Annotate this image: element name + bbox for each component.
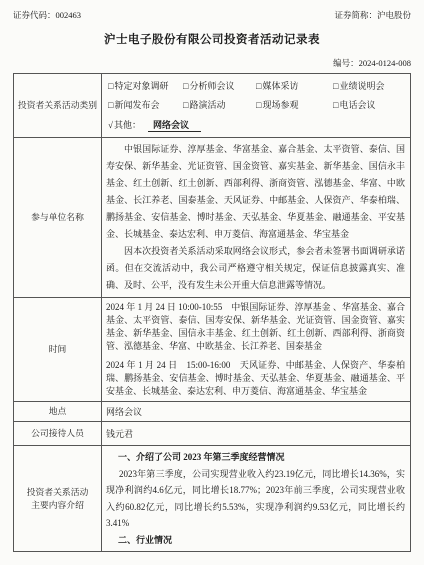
section-1-title: 一、介绍了公司 2023 年第三季度经营情况 <box>106 449 405 466</box>
row-label-line-2: 主要内容介绍 <box>15 499 100 512</box>
header-meta-row: 证券代码：002463 证券简称：沪电股份 <box>13 10 411 21</box>
checkbox-label: 媒体采访 <box>262 81 298 91</box>
checkbox-label: 分析师会议 <box>189 81 234 91</box>
stock-abbreviation: 证券简称：沪电股份 <box>334 10 411 21</box>
row-label-reception: 公司接待人员 <box>14 422 102 446</box>
table-row-location: 地点 网络会议 <box>14 402 411 422</box>
checkbox-option: □现场参观 <box>256 96 333 115</box>
table-row-activity-type: 投资者关系活动类别 □特定对象调研 □分析师会议 □媒体采访 □业绩说明会 □新… <box>14 74 411 138</box>
checkbox-option: □新闻发布会 <box>108 96 183 115</box>
time-session-1: 2024 年 1 月 24 日 10:00-10:55 中银国际证券、淳厚基金 … <box>106 301 405 353</box>
checkbox-option: □业绩说明会 <box>333 77 384 96</box>
document-page: 证券代码：002463 证券简称：沪电股份 沪士电子股份有限公司投资者活动记录表… <box>0 0 424 565</box>
page-title: 沪士电子股份有限公司投资者活动记录表 <box>13 31 411 47</box>
section-2-title: 二、行业情况 <box>106 532 405 549</box>
stock-code: 证券代码：002463 <box>13 10 81 21</box>
checkbox-option: □分析师会议 <box>183 77 256 96</box>
participants-disclaimer: 因本次投资者关系活动采取网络会议形式，参会者未签署书面调研承诺函。但在交流活动中… <box>106 243 405 294</box>
checkbox-unchecked-icon: □ <box>108 96 113 115</box>
checkbox-label: 新闻发布会 <box>114 100 159 110</box>
checkbox-unchecked-icon: □ <box>183 96 188 115</box>
time-cell: 2024 年 1 月 24 日 10:00-10:55 中银国际证券、淳厚基金 … <box>102 298 411 402</box>
reception-cell: 钱元君 <box>102 422 411 446</box>
row-label-time: 时间 <box>14 298 102 402</box>
checkbox-option: □媒体采访 <box>256 77 333 96</box>
location-value: 网络会议 <box>106 407 142 417</box>
checkbox-unchecked-icon: □ <box>256 96 261 115</box>
checkbox-unchecked-icon: □ <box>333 77 338 96</box>
checkbox-label: 特定对象调研 <box>114 81 168 91</box>
checkbox-label: 路演活动 <box>189 100 225 110</box>
main-content-cell: 一、介绍了公司 2023 年第三季度经营情况 2023年第三季度，公司实现营业收… <box>102 446 411 552</box>
reception-value: 钱元君 <box>106 429 133 439</box>
record-table: 投资者关系活动类别 □特定对象调研 □分析师会议 □媒体采访 □业绩说明会 □新… <box>13 73 411 552</box>
participants-cell: 中银国际证券、淳厚基金、华富基金、嘉合基金、太平资管、泰信、国寿安保、新华基金、… <box>102 138 411 298</box>
checkbox-label: 业绩说明会 <box>339 81 384 91</box>
other-label: 其他： <box>114 120 141 130</box>
checkbox-label: 现场参观 <box>262 100 298 110</box>
checkbox-label: 电话会议 <box>339 100 375 110</box>
table-row-time: 时间 2024 年 1 月 24 日 10:00-10:55 中银国际证券、淳厚… <box>14 298 411 402</box>
checkbox-option: □路演活动 <box>183 96 256 115</box>
checkbox-group: □特定对象调研 □分析师会议 □媒体采访 □业绩说明会 □新闻发布会 □路演活动… <box>106 77 405 134</box>
row-label-main-content: 投资者关系活动 主要内容介绍 <box>14 446 102 552</box>
row-label-line-1: 投资者关系活动 <box>15 486 100 499</box>
location-cell: 网络会议 <box>102 402 411 422</box>
checkbox-option: □特定对象调研 <box>108 77 183 96</box>
checkbox-unchecked-icon: □ <box>256 77 261 96</box>
checkbox-unchecked-icon: □ <box>333 96 338 115</box>
checkbox-line-1: □特定对象调研 □分析师会议 □媒体采访 □业绩说明会 <box>108 77 405 96</box>
activity-type-cell: □特定对象调研 □分析师会议 □媒体采访 □业绩说明会 □新闻发布会 □路演活动… <box>102 74 411 138</box>
checkbox-unchecked-icon: □ <box>183 77 188 96</box>
check-mark-icon: √ <box>108 116 113 134</box>
row-label-location: 地点 <box>14 402 102 422</box>
checkbox-line-2: □新闻发布会 □路演活动 □现场参观 □电话会议 <box>108 96 405 115</box>
row-label-activity-type: 投资者关系活动类别 <box>14 74 102 138</box>
table-row-main-content: 投资者关系活动 主要内容介绍 一、介绍了公司 2023 年第三季度经营情况 20… <box>14 446 411 552</box>
row-label-participants: 参与单位名称 <box>14 138 102 298</box>
time-session-2: 2024 年 1 月 24 日 15:00-16:00 天风证券、中邮基金、人保… <box>106 359 405 398</box>
document-number: 编号：2024-0124-008 <box>13 57 411 69</box>
other-value-underlined: 网络会议 <box>148 120 201 132</box>
table-row-participants: 参与单位名称 中银国际证券、淳厚基金、华富基金、嘉合基金、太平资管、泰信、国寿安… <box>14 138 411 298</box>
checkbox-unchecked-icon: □ <box>108 77 113 96</box>
participants-list: 中银国际证券、淳厚基金、华富基金、嘉合基金、太平资管、泰信、国寿安保、新华基金、… <box>106 141 405 243</box>
section-1-body: 2023年第三季度，公司实现营业收入约23.19亿元，同比增长14.36%，实现… <box>106 466 405 532</box>
other-option: √其他：网络会议 <box>108 116 405 134</box>
table-row-reception: 公司接待人员 钱元君 <box>14 422 411 446</box>
checkbox-option: □电话会议 <box>333 96 375 115</box>
